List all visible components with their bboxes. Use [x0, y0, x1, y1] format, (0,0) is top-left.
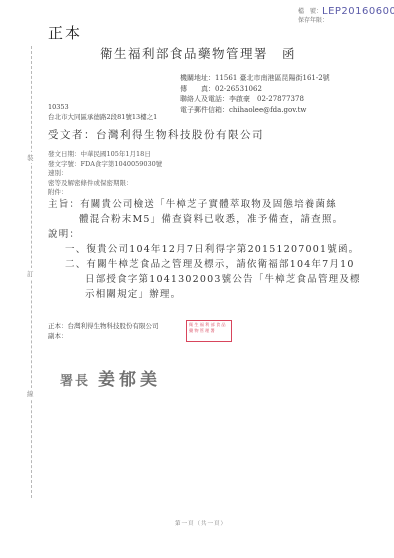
explanation-item-2-line-2: 日部授食字第1041302003號公告「牛樟芝食品管理及標 [48, 272, 361, 287]
retention-period: 保存年限： [298, 16, 394, 25]
street-address: 台北市大同區承德路2段81號13樓之1 [48, 113, 157, 123]
page-number: 第一頁（共一頁） [175, 519, 227, 527]
document-title: 衛生福利部食品藥物管理署函 [100, 44, 296, 62]
subject-label: 主旨： [48, 199, 80, 210]
copy-label: 正本 [48, 22, 82, 43]
signatory-title: 署長 [60, 374, 90, 389]
copies-block: 正本：台灣利得生物科技股份有限公司 副本： [48, 322, 159, 341]
file-number-value: LEP20160600 [322, 6, 394, 17]
issue-date: 發文日期：中華民國105年1月18日 [48, 150, 162, 160]
recipient: 受文者：台灣利得生物科技股份有限公司 [48, 127, 264, 142]
duplicate-copy: 副本： [48, 332, 159, 342]
contact-block: 機關地址：11561 臺北市南港區昆陽街161-2號 傳 真：02-265310… [180, 73, 330, 115]
confidentiality: 密等及解密條件或保密期限： [48, 179, 162, 189]
contact-person: 聯絡人及電話：李啟豪 02-27877378 [180, 94, 330, 105]
official-seal-stamp: 衛生福利部食品藥物管理署 [186, 320, 232, 342]
agency-name: 衛生福利部食品藥物管理署 [100, 46, 268, 61]
file-number-label: 檔 號： [298, 8, 322, 15]
binding-mark-staple: 訂 [27, 268, 34, 279]
contact-email: 電子郵件信箱：chihaolee@fda.gov.tw [180, 105, 330, 116]
postal-code: 10353 [48, 103, 157, 113]
document-number: 發文字號：FDA食字第1040059030號 [48, 160, 162, 170]
explanation-item-2: 二、有關牛樟芝食品之管理及標示，請依衛福部104年7月10 [48, 257, 361, 272]
document-body: 主旨：有關貴公司檢送「牛樟芝子實體萃取物及固態培養菌絲 體混合粉末M5」備查資料… [48, 197, 361, 302]
subject: 主旨：有關貴公司檢送「牛樟芝子實體萃取物及固態培養菌絲 [48, 197, 361, 212]
signatory-name: 姜郁美 [98, 370, 161, 390]
speed-class: 速別： [48, 169, 162, 179]
subject-line-2: 體混合粉末M5」備查資料已收悉，准予備查，請查照。 [48, 212, 361, 227]
agency-address: 機關地址：11561 臺北市南港區昆陽街161-2號 [180, 73, 330, 84]
explanation-item-2-line-3: 示相關規定」辦理。 [48, 287, 361, 302]
signature: 署長姜郁美 [60, 365, 161, 390]
file-meta: 檔 號：LEP20160600 保存年限： [298, 6, 394, 25]
binding-mark-line: 線 [27, 388, 34, 399]
file-number: 檔 號：LEP20160600 [298, 6, 394, 16]
explanation-label: 說明： [48, 227, 361, 242]
recipient-address: 10353 台北市大同區承德路2段81號13樓之1 [48, 103, 157, 122]
document-type: 函 [282, 46, 296, 61]
original-copy: 正本：台灣利得生物科技股份有限公司 [48, 322, 159, 332]
fax-number: 傳 真：02-26531062 [180, 84, 330, 95]
document-meta: 發文日期：中華民國105年1月18日 發文字號：FDA食字第1040059030… [48, 150, 162, 198]
explanation-item-1: 一、復貴公司104年12月7日利得字第20151207001號函。 [48, 242, 361, 257]
binding-mark-bind: 裝 [27, 152, 34, 163]
subject-line-1: 有關貴公司檢送「牛樟芝子實體萃取物及固態培養菌絲 [80, 199, 337, 210]
